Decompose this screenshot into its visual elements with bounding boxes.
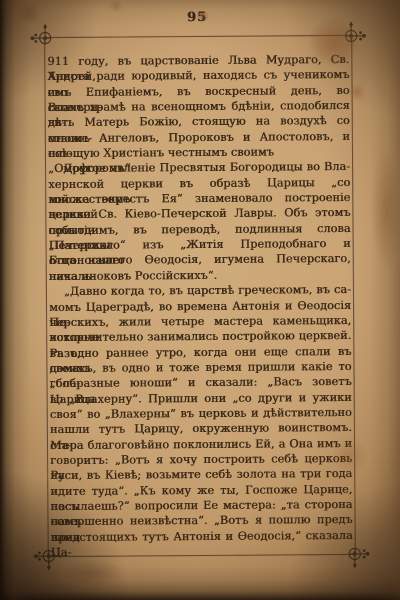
scanned-book-page: 95: [0, 0, 400, 600]
page-content: 95: [0, 0, 400, 600]
corner-rosette-icon: [334, 19, 368, 53]
text-line: исключительно занимались постройкою церк…: [49, 328, 351, 345]
text-line: ствомъ Ангеловъ, Пророковъ и Апостоловъ,…: [48, 129, 350, 146]
text-line: Другое явленіе Пресвятыя Богородицы во В…: [48, 159, 350, 176]
text-line: „Давно когда то, въ царствѣ греческомъ, …: [49, 282, 351, 299]
text-line: предстоящихъ тутъ Антонія и Ѳеодосія,“ с…: [51, 528, 353, 545]
corner-rosette-icon: [28, 21, 62, 55]
text-line: дѣть Матерь Божію, стоящую на воздухѣ со…: [48, 113, 350, 130]
text-line: совершенно неизвѣстна“. „Вотъ я пошлю пр…: [50, 512, 352, 529]
text-line: нашли тутъ Царицу, окруженную воинствомъ…: [50, 420, 352, 437]
text-line: церкви Св. Кіево-Печерской Лавры. Объ эт…: [48, 205, 350, 222]
body-text: 911 году, въ царствованіе Льва Мудраго, …: [47, 52, 352, 545]
text-line: гообразные юноши“ и сказали: „Васъ зовет…: [50, 374, 352, 391]
text-line: Христа ради юродивый, находясь съ ученик…: [47, 67, 349, 84]
text-line: отца нашего Ѳеодосія, игумена Печерскаго…: [49, 251, 351, 268]
text-line: Руси, въ Кіевѣ; возьмите себѣ золота на …: [50, 466, 352, 483]
